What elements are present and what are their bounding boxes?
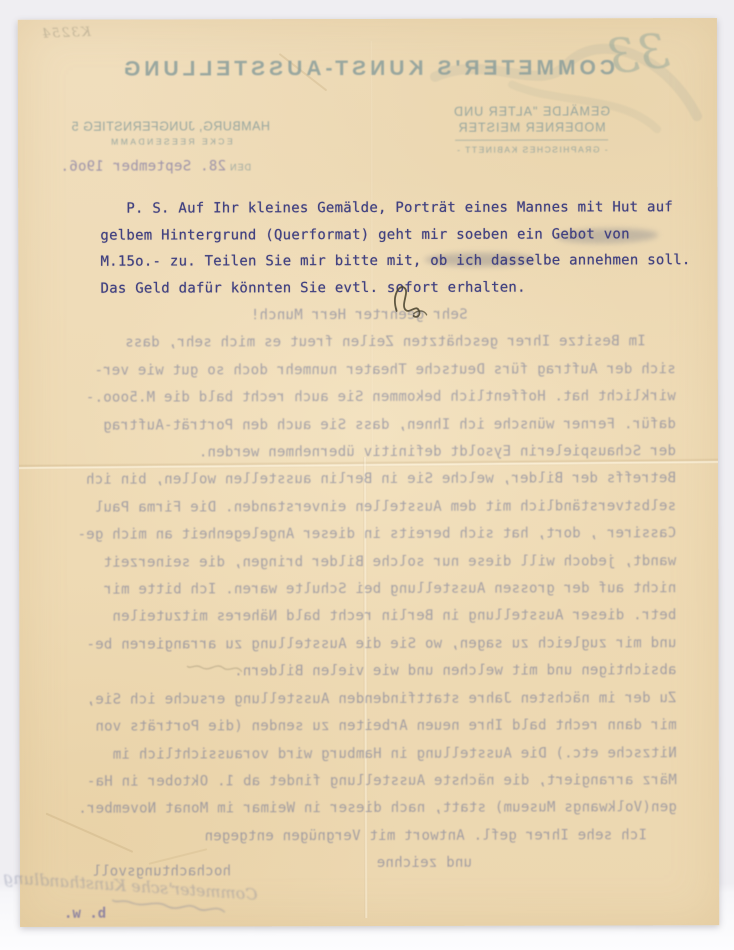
letter-body: Sehr geehrter Herr Munch! Im Besitze Ihr…	[45, 301, 678, 878]
body-line: wandt, jedoch will diese nur solche Bild…	[45, 548, 676, 577]
body-line: März arrangiert, die nächste Ausstellung…	[46, 767, 677, 796]
letter-page: 33 K3254 COMMETER'S KUNST-AUSSTELLUNG GE…	[18, 18, 719, 927]
scan-background: 33 K3254 COMMETER'S KUNST-AUSSTELLUNG GE…	[0, 0, 734, 950]
body-line: betr. dieser Ausstellung in Berlin recht…	[45, 603, 676, 632]
body-line: wirklicht hat. Hoffentlich bekommen Sie …	[45, 383, 676, 412]
ps-line: P. S. Auf Ihr kleines Gemälde, Porträt e…	[100, 194, 690, 222]
date-line: DEN28. September 19o6.	[60, 155, 251, 174]
body-line: der Schauspielerin Eysoldt definitiv übe…	[45, 438, 676, 467]
ps-line: gelbem Hintergrund (Querformat) geht mir…	[100, 221, 690, 249]
inventory-pencil-note: K3254	[40, 25, 91, 42]
letterhead-address-line2: ECKE REESENDAMM	[58, 136, 283, 147]
body-line: Im Besitze Ihrer geschätzten Zeilen freu…	[45, 329, 676, 358]
letterhead-address-block: HAMBURG, JUNGFERNSTIEG 5 ECKE REESENDAMM	[58, 119, 283, 147]
body-line: dafür. Ferner wünsche ich Ihnen, dass Si…	[45, 411, 676, 440]
body-line: Cassirer , dort, hat sich bereits in die…	[45, 520, 676, 549]
date-value: 28. September 19o6.	[60, 158, 226, 174]
body-line: mir dann recht bald Ihre neuen Arbeiten …	[46, 712, 677, 741]
ink-flourish	[388, 281, 430, 321]
body-line: gen(Volkwangs Museum) statt, nach dieser…	[46, 795, 677, 824]
body-line: und mir zugleich zu sagen, wo Sie die Au…	[45, 630, 676, 659]
body-line: selbstverständlich mit dem Ausstellen ei…	[45, 493, 676, 522]
bleed-through-layer: 33 K3254 COMMETER'S KUNST-AUSSTELLUNG GE…	[18, 18, 719, 927]
letterhead-rule	[456, 139, 608, 140]
letterhead-gemaelde-line2: MODERNER MEISTER	[434, 120, 629, 135]
letterhead-address-line1: HAMBURG, JUNGFERNSTIEG 5	[58, 119, 283, 134]
letterhead-left-block: GEMÄLDE "ALTER UND MODERNER MEISTER - GR…	[434, 104, 629, 155]
body-line: absichtigen und mit welchen und wie viel…	[45, 657, 676, 686]
date-prefix: DEN	[229, 162, 251, 172]
body-line: sich der Auftrag fürs Deutsche Theater n…	[45, 356, 676, 385]
pencil-annotation-squiggle	[184, 661, 244, 675]
salutation: Sehr geehrter Herr Munch!	[45, 301, 676, 330]
ps-line: M.15o.- zu. Teilen Sie mir bitte mit, ob…	[100, 247, 690, 275]
closing-line: Ich sehe Ihrer gefl. Antwort mit Vergnüg…	[46, 822, 677, 851]
letterhead-kabinett: - GRAPHISCHES KABINETT -	[434, 144, 629, 155]
body-line: Nitzsche etc.) Die Ausstellung in Hambur…	[46, 740, 677, 769]
body-line: nicht auf der grossen Ausstellung bei Sc…	[45, 575, 676, 604]
body-line: Zu der im nächsten Jahre stattfindenden …	[46, 685, 677, 714]
letterhead-title: COMMETER'S KUNST-AUSSTELLUNG	[18, 56, 717, 82]
turn-over-note: b. w.	[64, 906, 106, 922]
body-line: Betreffs der Bilder, welche Sie in Berli…	[45, 466, 676, 495]
letterhead-gemaelde-line1: GEMÄLDE "ALTER UND	[434, 104, 629, 119]
